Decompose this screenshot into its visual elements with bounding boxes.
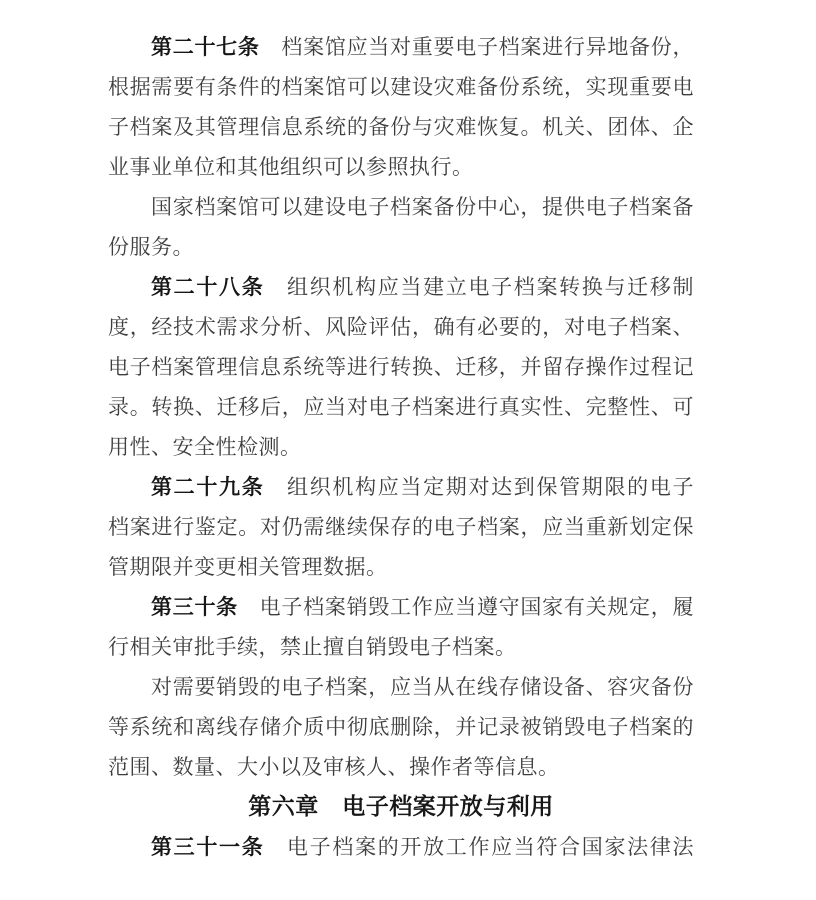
body-text: 国家档案馆可以建设电子档案备份中心，提供电子档案备 bbox=[151, 195, 694, 219]
body-text: 组织机构应当建立电子档案转换与迁移制 bbox=[264, 275, 694, 299]
article-number-text: 第二十八条 bbox=[151, 275, 264, 299]
body-text: 份服务。 bbox=[108, 235, 194, 259]
document-line: 行相关审批手续，禁止擅自销毁电子档案。 bbox=[108, 627, 694, 667]
document-line: 用性、安全性检测。 bbox=[108, 427, 694, 467]
body-text: 行相关审批手续，禁止擅自销毁电子档案。 bbox=[108, 635, 517, 659]
body-text: 用性、安全性检测。 bbox=[108, 435, 302, 459]
document-line: 根据需要有条件的档案馆可以建设灾难备份系统，实现重要电 bbox=[108, 67, 694, 107]
document-line: 度，经技术需求分析、风险评估，确有必要的，对电子档案、 bbox=[108, 307, 694, 347]
document-line: 等系统和离线存储介质中彻底删除，并记录被销毁电子档案的 bbox=[108, 707, 694, 747]
body-text: 管期限并变更相关管理数据。 bbox=[108, 555, 388, 579]
body-text: 业事业单位和其他组织可以参照执行。 bbox=[108, 155, 474, 179]
document-line: 对需要销毁的电子档案，应当从在线存储设备、容灾备份 bbox=[108, 667, 694, 707]
document-page: 第二十七条 档案馆应当对重要电子档案进行异地备份，根据需要有条件的档案馆可以建设… bbox=[108, 27, 694, 867]
document-line: 管期限并变更相关管理数据。 bbox=[108, 547, 694, 587]
document-line: 国家档案馆可以建设电子档案备份中心，提供电子档案备 bbox=[108, 187, 694, 227]
article-number-text: 第二十九条 bbox=[151, 475, 264, 499]
body-text: 对需要销毁的电子档案，应当从在线存储设备、容灾备份 bbox=[151, 675, 694, 699]
document-line: 业事业单位和其他组织可以参照执行。 bbox=[108, 147, 694, 187]
document-line: 第二十八条 组织机构应当建立电子档案转换与迁移制 bbox=[108, 267, 694, 307]
body-text: 录。转换、迁移后，应当对电子档案进行真实性、完整性、可 bbox=[108, 395, 694, 419]
chapter-heading: 第六章 电子档案开放与利用 bbox=[108, 787, 694, 827]
body-text: 电子档案的开放工作应当符合国家法律法 bbox=[264, 835, 694, 859]
article-number-text: 第六章 电子档案开放与利用 bbox=[248, 794, 554, 819]
document-line: 份服务。 bbox=[108, 227, 694, 267]
body-text: 范围、数量、大小以及审核人、操作者等信息。 bbox=[108, 755, 560, 779]
body-text: 电子档案管理信息系统等进行转换、迁移，并留存操作过程记 bbox=[108, 355, 694, 379]
document-line: 档案进行鉴定。对仍需继续保存的电子档案，应当重新划定保 bbox=[108, 507, 694, 547]
body-text: 等系统和离线存储介质中彻底删除，并记录被销毁电子档案的 bbox=[108, 715, 694, 739]
body-text: 档案进行鉴定。对仍需继续保存的电子档案，应当重新划定保 bbox=[108, 515, 694, 539]
article-number-text: 第三十条 bbox=[151, 595, 238, 619]
document-line: 电子档案管理信息系统等进行转换、迁移，并留存操作过程记 bbox=[108, 347, 694, 387]
document-line: 第三十一条 电子档案的开放工作应当符合国家法律法 bbox=[108, 827, 694, 867]
document-line: 范围、数量、大小以及审核人、操作者等信息。 bbox=[108, 747, 694, 787]
document-line: 第三十条 电子档案销毁工作应当遵守国家有关规定，履 bbox=[108, 587, 694, 627]
document-line: 第二十九条 组织机构应当定期对达到保管期限的电子 bbox=[108, 467, 694, 507]
document-line: 第二十七条 档案馆应当对重要电子档案进行异地备份， bbox=[108, 27, 694, 67]
scanned-document-screenshot: { "page": { "background": "#ffffff", "bo… bbox=[0, 0, 816, 900]
body-text: 组织机构应当定期对达到保管期限的电子 bbox=[264, 475, 694, 499]
document-line: 子档案及其管理信息系统的备份与灾难恢复。机关、团体、企 bbox=[108, 107, 694, 147]
document-line: 录。转换、迁移后，应当对电子档案进行真实性、完整性、可 bbox=[108, 387, 694, 427]
body-text: 电子档案销毁工作应当遵守国家有关规定，履 bbox=[238, 595, 694, 619]
body-text: 档案馆应当对重要电子档案进行异地备份， bbox=[260, 35, 694, 59]
body-text: 子档案及其管理信息系统的备份与灾难恢复。机关、团体、企 bbox=[108, 115, 694, 139]
body-text: 根据需要有条件的档案馆可以建设灾难备份系统，实现重要电 bbox=[108, 75, 694, 99]
body-text: 度，经技术需求分析、风险评估，确有必要的，对电子档案、 bbox=[108, 315, 694, 339]
article-number-text: 第二十七条 bbox=[151, 35, 260, 59]
article-number-text: 第三十一条 bbox=[151, 835, 264, 859]
